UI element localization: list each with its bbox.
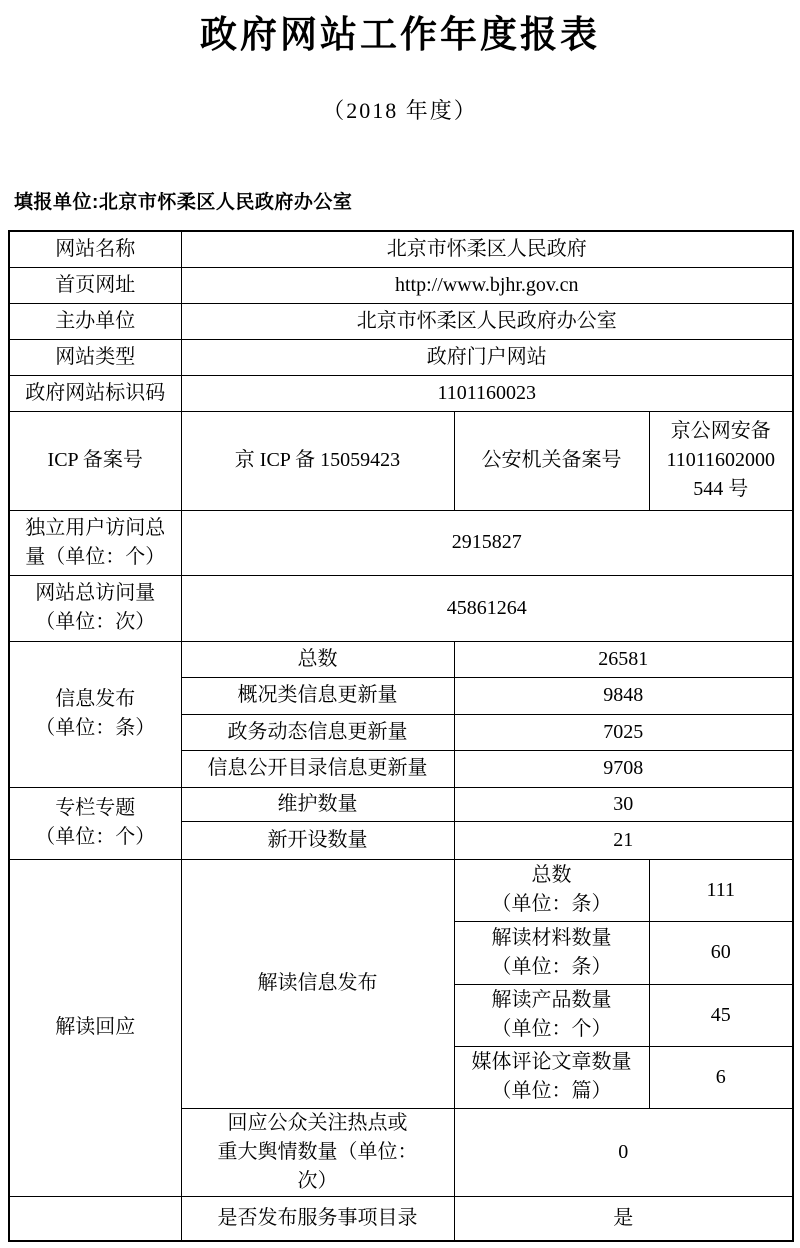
row-website-type: 网站类型 政府门户网站 [9, 339, 793, 375]
icp-filing-label: ICP 备案号 [9, 411, 181, 510]
total-visits-label: 网站总访问量 （单位：次） [9, 575, 181, 641]
page-subtitle: （2018 年度） [0, 98, 800, 124]
website-name-label: 网站名称 [9, 231, 181, 267]
police-filing-value: 京公网安备 11011602000 544 号 [649, 411, 793, 510]
empty-group-cell [9, 1196, 181, 1241]
report-page: 政府网站工作年度报表 （2018 年度） 填报单位:北京市怀柔区人民政府办公室 … [0, 0, 800, 1248]
row-interpret-total: 解读回应 解读信息发布 总数 （单位：条） 111 [9, 859, 793, 921]
columns-new-label: 新开设数量 [181, 821, 454, 859]
info-publish-total-label: 总数 [181, 641, 454, 677]
total-visits-value: 45861264 [181, 575, 793, 641]
police-filing-label: 公安机关备案号 [454, 411, 649, 510]
unique-visitors-value: 2915827 [181, 510, 793, 575]
overview-updates-value: 9848 [454, 677, 793, 714]
row-info-publish-total: 信息发布 （单位：条） 总数 26581 [9, 641, 793, 677]
interpret-materials-value: 60 [649, 921, 793, 984]
row-icp-filing: ICP 备案号 京 ICP 备 15059423 公安机关备案号 京公网安备 1… [9, 411, 793, 510]
interpret-total-value: 111 [649, 859, 793, 921]
overview-updates-label: 概况类信息更新量 [181, 677, 454, 714]
row-website-name: 网站名称 北京市怀柔区人民政府 [9, 231, 793, 267]
row-service-catalog: 是否发布服务事项目录 是 [9, 1196, 793, 1241]
site-id-code-value: 1101160023 [181, 375, 793, 411]
info-publish-total-value: 26581 [454, 641, 793, 677]
media-comments-value: 6 [649, 1046, 793, 1108]
row-columns-maintained: 专栏专题 （单位：个） 维护数量 30 [9, 787, 793, 821]
page-title: 政府网站工作年度报表 [0, 0, 800, 56]
interpret-publish-label: 解读信息发布 [181, 859, 454, 1108]
disclosure-updates-label: 信息公开目录信息更新量 [181, 750, 454, 787]
site-id-code-label: 政府网站标识码 [9, 375, 181, 411]
interpretation-group-label: 解读回应 [9, 859, 181, 1196]
interpret-materials-label: 解读材料数量 （单位：条） [454, 921, 649, 984]
disclosure-updates-value: 9708 [454, 750, 793, 787]
public-response-value: 0 [454, 1108, 793, 1196]
row-unique-visitors: 独立用户访问总 量（单位：个） 2915827 [9, 510, 793, 575]
row-homepage-url: 首页网址 http://www.bjhr.gov.cn [9, 267, 793, 303]
host-unit-label: 主办单位 [9, 303, 181, 339]
service-catalog-label: 是否发布服务事项目录 [181, 1196, 454, 1241]
media-comments-label: 媒体评论文章数量 （单位：篇） [454, 1046, 649, 1108]
host-unit-value: 北京市怀柔区人民政府办公室 [181, 303, 793, 339]
unique-visitors-label: 独立用户访问总 量（单位：个） [9, 510, 181, 575]
homepage-url-label: 首页网址 [9, 267, 181, 303]
website-name-value: 北京市怀柔区人民政府 [181, 231, 793, 267]
service-catalog-value: 是 [454, 1196, 793, 1241]
website-type-label: 网站类型 [9, 339, 181, 375]
annual-report-table: 网站名称 北京市怀柔区人民政府 首页网址 http://www.bjhr.gov… [8, 230, 794, 1242]
interpret-products-label: 解读产品数量 （单位：个） [454, 984, 649, 1046]
columns-maintained-label: 维护数量 [181, 787, 454, 821]
row-site-id-code: 政府网站标识码 1101160023 [9, 375, 793, 411]
website-type-value: 政府门户网站 [181, 339, 793, 375]
info-publish-group-label: 信息发布 （单位：条） [9, 641, 181, 787]
interpret-products-value: 45 [649, 984, 793, 1046]
row-host-unit: 主办单位 北京市怀柔区人民政府办公室 [9, 303, 793, 339]
special-columns-group-label: 专栏专题 （单位：个） [9, 787, 181, 859]
columns-maintained-value: 30 [454, 787, 793, 821]
gov-news-updates-value: 7025 [454, 714, 793, 750]
row-total-visits: 网站总访问量 （单位：次） 45861264 [9, 575, 793, 641]
homepage-url-value: http://www.bjhr.gov.cn [181, 267, 793, 303]
interpret-total-label: 总数 （单位：条） [454, 859, 649, 921]
gov-news-updates-label: 政务动态信息更新量 [181, 714, 454, 750]
public-response-label: 回应公众关注热点或 重大舆情数量（单位： 次） [181, 1108, 454, 1196]
filing-unit-line: 填报单位:北京市怀柔区人民政府办公室 [14, 192, 800, 214]
columns-new-value: 21 [454, 821, 793, 859]
icp-filing-value: 京 ICP 备 15059423 [181, 411, 454, 510]
